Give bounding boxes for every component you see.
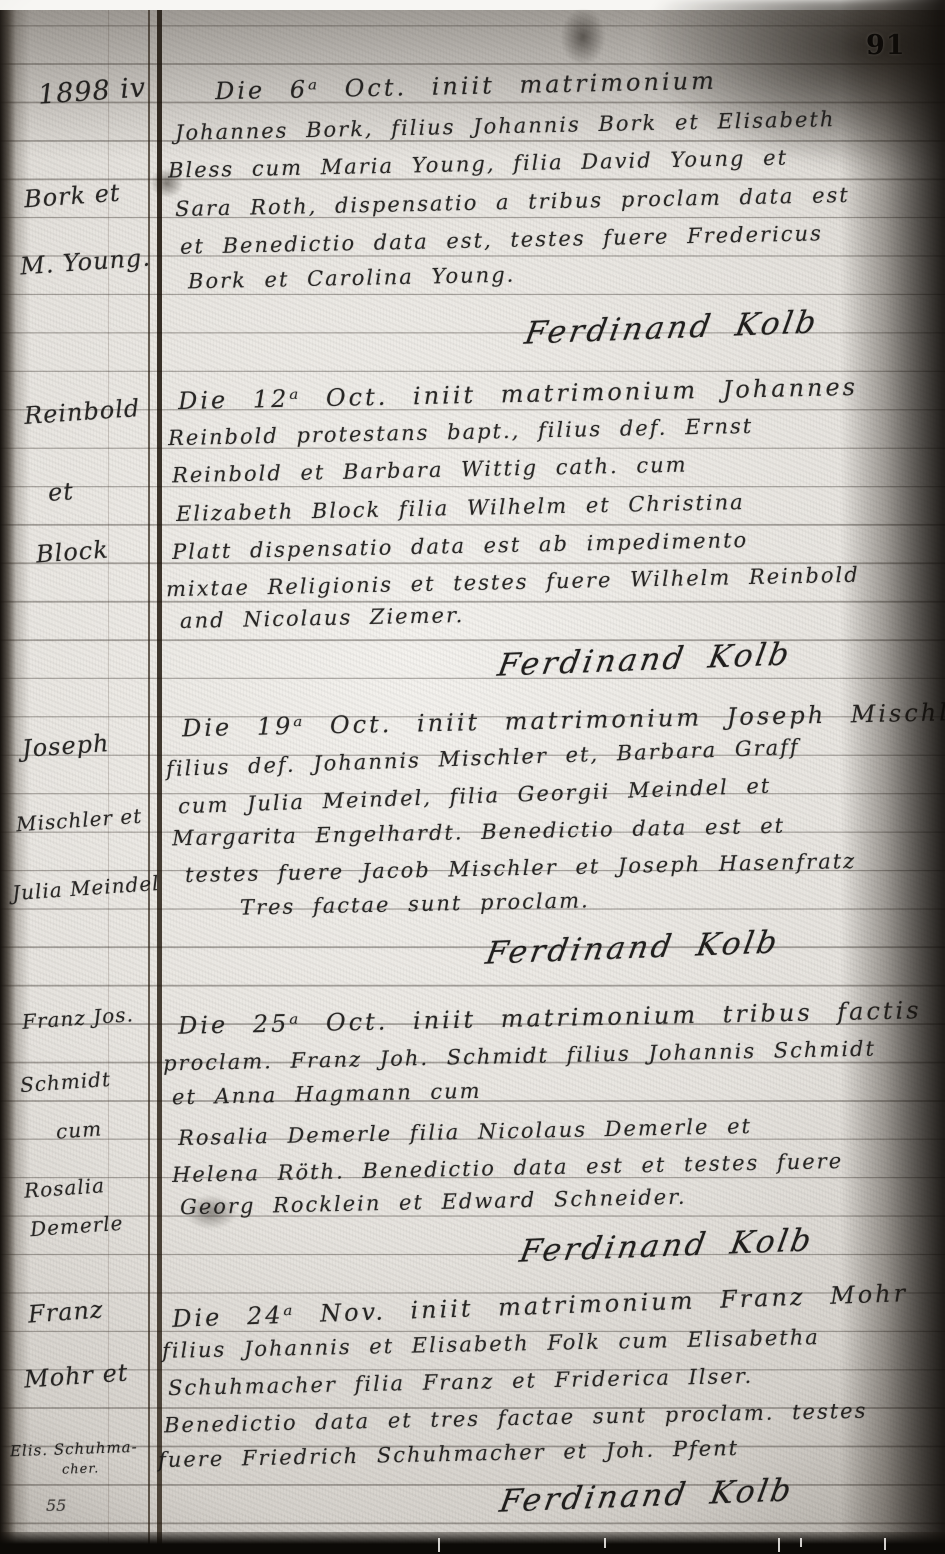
scanned-register-page: 91 1898 iv Bork et M. Young. Die 6ᵃ Oct.… xyxy=(0,0,945,1554)
margin-separator-rule-1 xyxy=(148,8,150,1554)
record-line: fuere Friedrich Schuhmacher et Joh. Pfen… xyxy=(158,1436,740,1472)
record-line: Elizabeth Block filia Wilhelm et Christi… xyxy=(176,490,745,526)
record-line: Johannes Bork, filius Johannis Bork et E… xyxy=(175,107,836,145)
margin-bride-name: Julia Meindel xyxy=(11,871,160,905)
record-line: testes fuere Jacob Mischler et Joseph Ha… xyxy=(185,849,857,887)
record-line: filius def. Johannis Mischler et, Barbar… xyxy=(166,735,800,781)
record-line: Die 19ᵃ Oct. iniit matrimonium Joseph Mi… xyxy=(182,698,945,743)
scan-streak xyxy=(884,1538,886,1550)
record-line: et Benedictio data est, testes fuere Fre… xyxy=(180,221,823,258)
margin-groom-name: Reinbold xyxy=(23,394,141,430)
record-line: Schuhmacher filia Franz et Friderica Ils… xyxy=(168,1364,754,1400)
record-line: et Anna Hagmann cum xyxy=(172,1079,482,1109)
record-line: Tres factae sunt proclam. xyxy=(240,888,590,919)
margin-groom-name: Franz Jos. xyxy=(21,1002,134,1034)
record-line: Margarita Engelhardt. Benedictio data es… xyxy=(172,814,786,851)
record-line: Sara Roth, dispensatio a tribus proclam … xyxy=(175,183,850,221)
priest-signature: Ferdinand Kolb xyxy=(483,924,783,972)
priest-signature: Ferdinand Kolb xyxy=(522,304,822,352)
scan-streak xyxy=(604,1538,606,1548)
margin-groom-name: Bork et xyxy=(23,179,121,214)
scan-bottom-band xyxy=(0,1532,945,1554)
record-line: Die 6ᵃ Oct. iniit matrimonium xyxy=(215,67,717,106)
margin-groom-surname: Mohr et xyxy=(23,1358,129,1393)
scan-streak xyxy=(438,1538,440,1552)
record-line: Reinbold et Barbara Wittig cath. cum xyxy=(172,453,688,488)
record-line: Bork et Carolina Young. xyxy=(188,263,516,294)
ink-smudge xyxy=(560,8,606,66)
margin-bride-name: Rosalia xyxy=(23,1173,105,1203)
record-line: Helena Röth. Benedictio data est et test… xyxy=(172,1149,844,1187)
scan-streak xyxy=(800,1538,802,1547)
record-line: Die 25ᵃ Oct. iniit matrimonium tribus fa… xyxy=(178,996,922,1040)
margin-et: et xyxy=(47,477,75,507)
margin-inner-rule xyxy=(108,8,109,1554)
margin-groom-name: Franz xyxy=(27,1295,104,1328)
margin-bride-name-wrap: cher. xyxy=(62,1461,100,1477)
margin-separator-rule-2 xyxy=(157,8,162,1554)
scan-left-edge xyxy=(0,0,30,1554)
record-line: and Nicolaus Ziemer. xyxy=(180,603,465,633)
record-line: Georg Rocklein et Edward Schneider. xyxy=(180,1185,687,1220)
margin-bride-name: Block xyxy=(35,535,110,568)
margin-cum: cum xyxy=(55,1116,103,1143)
priest-signature: Ferdinand Kolb xyxy=(495,636,795,684)
scan-top-strip xyxy=(0,0,945,10)
record-line: Platt dispensatio data est ab impediment… xyxy=(172,528,749,564)
margin-bride-surname: Demerle xyxy=(29,1211,124,1241)
record-line: Die 12ᵃ Oct. iniit matrimonium Johannes xyxy=(178,373,858,415)
margin-groom-name: Joseph xyxy=(21,729,110,763)
record-line: Bless cum Maria Young, filia David Young… xyxy=(168,146,788,183)
priest-signature: Ferdinand Kolb xyxy=(517,1222,817,1270)
record-line: Rosalia Demerle filia Nicolaus Demerle e… xyxy=(178,1114,752,1150)
scan-streak xyxy=(778,1538,780,1552)
margin-groom-surname: Mischler et xyxy=(15,804,143,837)
record-line: cum Julia Meindel, filia Georgii Meindel… xyxy=(178,774,772,819)
margin-groom-surname: Schmidt xyxy=(19,1067,111,1097)
record-line: Benedictio data et tres factae sunt proc… xyxy=(164,1399,868,1438)
record-line: mixtae Religionis et testes fuere Wilhel… xyxy=(166,563,860,602)
record-line: proclam. Franz Joh. Schmidt filius Johan… xyxy=(163,1037,876,1076)
page-number: 91 xyxy=(866,30,906,61)
record-line: Reinbold protestans bapt., filius def. E… xyxy=(168,414,754,450)
margin-bride-name: Elis. Schuhma- xyxy=(10,1438,138,1460)
priest-signature: Ferdinand Kolb xyxy=(497,1472,797,1520)
footer-sheet-mark: 55 xyxy=(46,1496,66,1515)
record-line: filius Johannis et Elisabeth Folk cum El… xyxy=(162,1325,820,1363)
margin-bride-name: M. Young. xyxy=(19,243,152,280)
margin-year: 1898 iv xyxy=(37,72,147,110)
